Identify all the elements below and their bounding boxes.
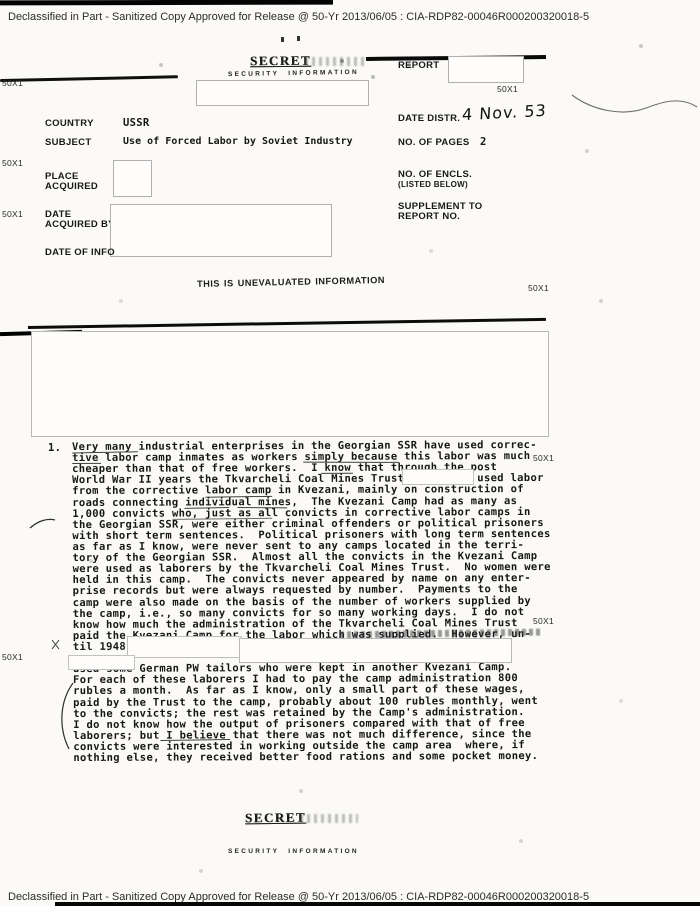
declassification-header-line: Declassified in Part - Sanitized Copy Ap… [8, 11, 589, 23]
pen-squiggle-top-right [572, 95, 697, 112]
redaction-code-mark: 50X1 [2, 652, 23, 662]
redaction-code-mark: 50X1 [533, 616, 554, 626]
redaction-box-til-1948-b [239, 638, 512, 663]
security-information-top: SECURITY INFORMATION [228, 69, 359, 78]
scan-artifact-top-bar [0, 0, 333, 5]
subject-value: Use of Forced Labor by Soviet Industry [123, 136, 353, 147]
place-acquired-label: PLACE ACQUIRED [45, 172, 98, 192]
redaction-box-header-center [196, 80, 369, 106]
redaction-box-date-acquired [110, 204, 332, 257]
scan-artifact-rule-mid [28, 318, 546, 329]
redaction-code-mark: 50X1 [528, 283, 549, 293]
no-of-pages-value: 2 [480, 136, 486, 148]
unevaluated-information-notice: THIS IS UNEVALUATED INFORMATION [197, 275, 385, 289]
redaction-code-mark: 50X1 [497, 84, 518, 94]
redaction-box-report [448, 56, 524, 83]
stamp-smudge-top [305, 57, 367, 66]
no-of-encls-note: (LISTED BELOW) [398, 180, 468, 190]
redaction-box-place-acquired [113, 160, 152, 197]
country-value: USSR [123, 117, 150, 129]
redaction-code-mark: 50X1 [2, 78, 23, 88]
pencil-parenthesis-margin [62, 683, 73, 749]
body-text-line: nothing else, they received better food … [73, 750, 568, 763]
scan-artifact-rule-left [0, 75, 178, 82]
typed-body-text: Very many industrial enterprises in the … [72, 439, 568, 763]
subject-label: SUBJECT [45, 138, 91, 148]
report-label: REPORT [398, 61, 439, 71]
scan-noise-speckles [0, 0, 2, 2]
scanned-document-page: Declassified in Part - Sanitized Copy Ap… [0, 0, 700, 906]
redaction-box-til-1948-a [127, 636, 242, 658]
redaction-code-mark: 50X1 [2, 209, 23, 219]
pencil-underline [72, 463, 101, 464]
country-label: COUNTRY [45, 119, 94, 129]
stamp-smudge-bottom [300, 814, 358, 823]
ink-specks [281, 37, 284, 42]
redaction-box-til-1948-c [68, 655, 135, 670]
redaction-box-large [31, 331, 549, 437]
date-distr-handwritten-value: 4 Nov. 53 [462, 101, 548, 125]
redaction-code-mark: 50X1 [533, 453, 554, 463]
paragraph-number: 1. [48, 442, 61, 454]
no-of-pages-label: NO. OF PAGES [398, 138, 470, 148]
redaction-code-mark: 50X1 [2, 158, 23, 168]
secret-stamp-bottom: SECRET [245, 810, 306, 827]
date-acquired-label: DATE ACQUIRED BY [45, 210, 115, 230]
scan-artifact-bottom-bar [55, 902, 700, 906]
body-lines-container: Very many industrial enterprises in the … [72, 439, 568, 763]
pencil-x-margin [52, 640, 59, 649]
security-information-bottom: SECURITY INFORMATION [228, 848, 359, 855]
no-of-encls-label: NO. OF ENCLS. [398, 170, 472, 180]
date-of-info-label: DATE OF INFO [45, 248, 115, 258]
redaction-box-inline [402, 469, 474, 485]
date-distr-label: DATE DISTR. [398, 114, 460, 124]
pencil-tick-margin [30, 519, 55, 528]
secret-stamp-top: SECRET [250, 53, 311, 70]
supplement-to-report-label: SUPPLEMENT TO REPORT NO. [398, 202, 482, 222]
